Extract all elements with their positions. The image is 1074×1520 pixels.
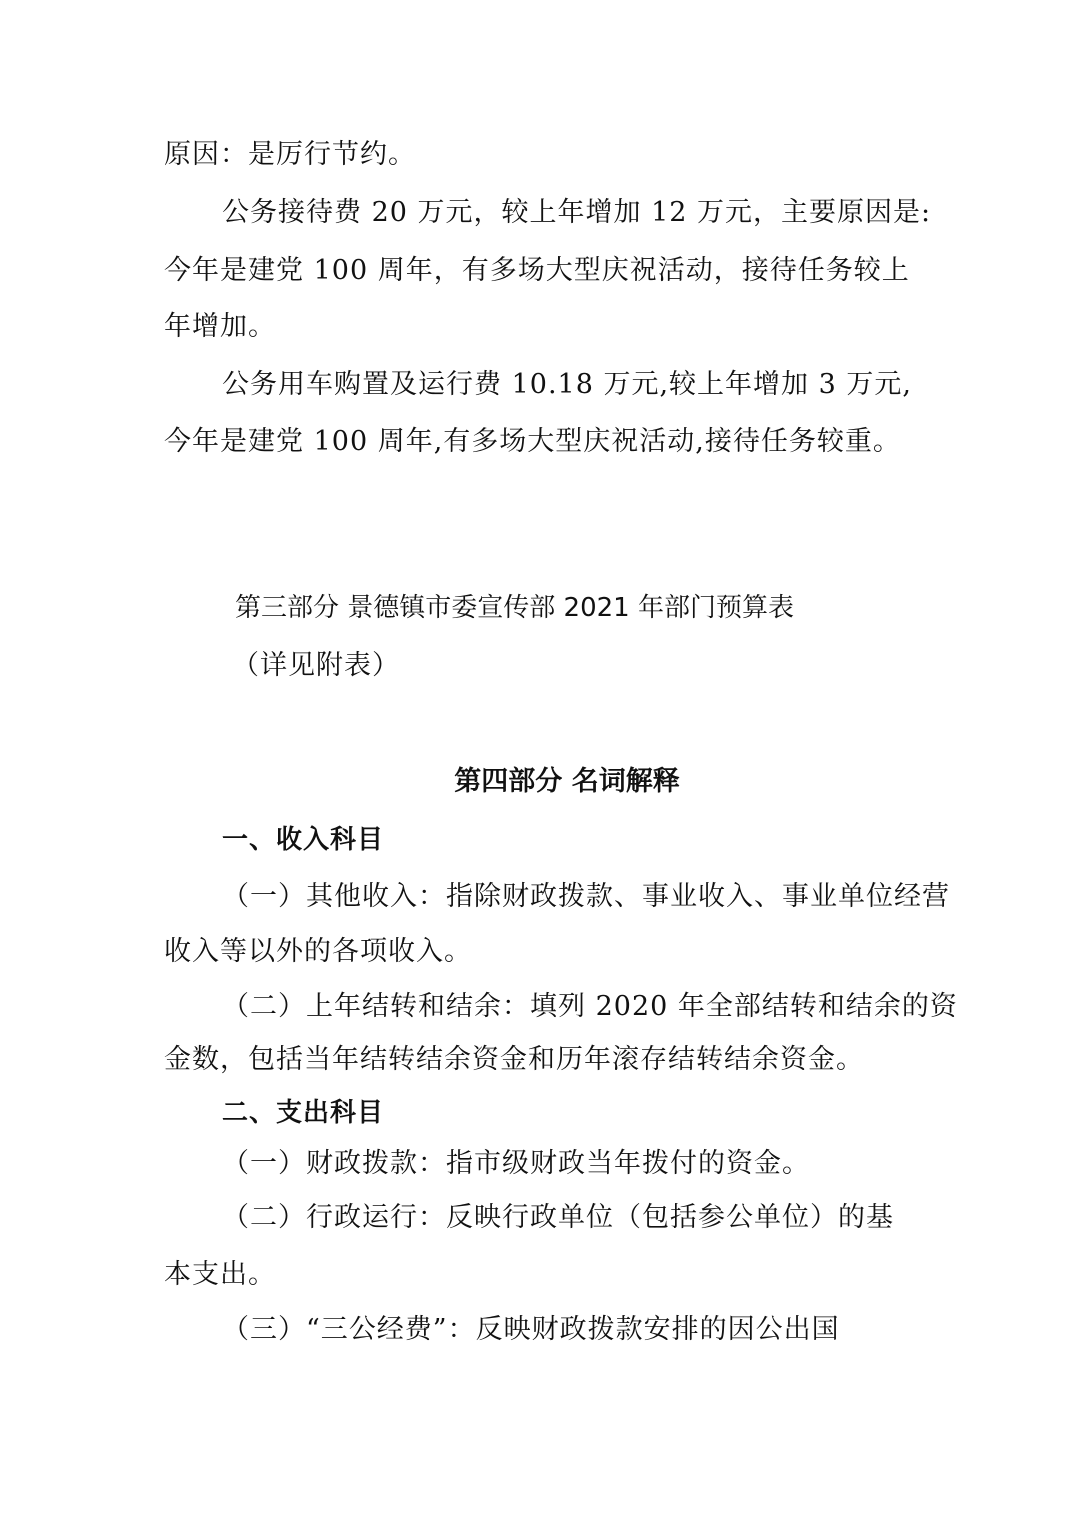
paragraph-line: （二）行政运行：反映行政单位（包括参公单位）的基 [222,1203,894,1233]
paragraph-line: 年增加。 [164,312,276,342]
part3-title: 第三部分 景德镇市委宣传部 2021 年部门预算表 [235,592,794,624]
paragraph-line: 公务用车购置及运行费 10.18 万元,较上年增加 3 万元, [222,370,912,400]
paragraph-line: 金数，包括当年结转结余资金和历年滚存结转结余资金。 [164,1045,864,1075]
section-heading-expense: 二、支出科目 [222,1098,384,1128]
paragraph-line: 今年是建党 100 周年,有多场大型庆祝活动,接待任务较重。 [164,427,901,457]
section-heading-income: 一、收入科目 [222,825,384,855]
paragraph-line: 原因：是厉行节约。 [164,140,416,170]
paragraph-line: 收入等以外的各项收入。 [164,937,472,967]
paragraph-line: （一）财政拨款：指市级财政当年拨付的资金。 [222,1149,810,1179]
paragraph-line: （一）其他收入：指除财政拨款、事业收入、事业单位经营 [222,882,950,912]
part4-title: 第四部分 名词解释 [0,765,1074,799]
paragraph-line: （二）上年结转和结余：填列 2020 年全部结转和结余的资 [222,992,958,1022]
paragraph-line: （三）“三公经费”：反映财政拨款安排的因公出国 [222,1315,840,1345]
paragraph-line: 本支出。 [164,1260,276,1290]
paragraph-line: 今年是建党 100 周年，有多场大型庆祝活动，接待任务较上 [164,256,910,286]
paragraph-line: 公务接待费 20 万元，较上年增加 12 万元，主要原因是: [222,198,931,228]
part3-note: （详见附表） [232,651,400,681]
